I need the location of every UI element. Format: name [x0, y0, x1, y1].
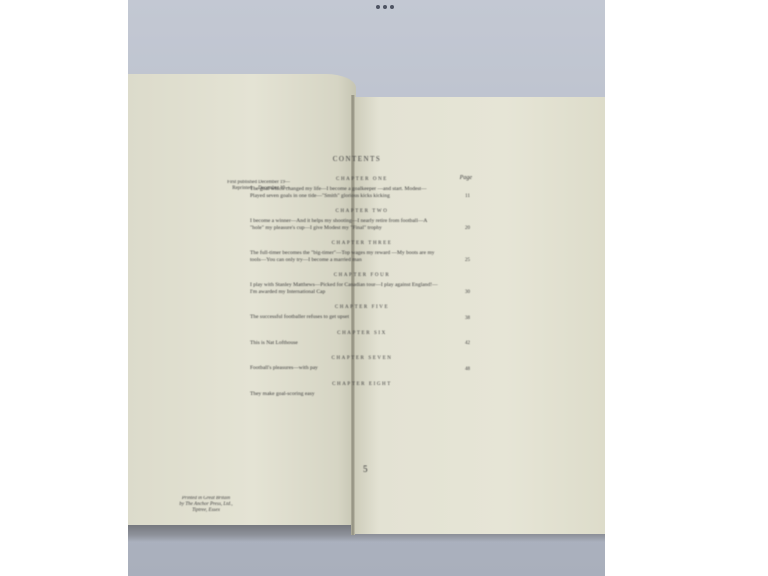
chapter-page-number: 20 [465, 226, 470, 231]
chapter-heading: CHAPTER FIVE [248, 305, 476, 310]
chapter-heading: CHAPTER THREE [248, 241, 476, 246]
chapter-page-number: 48 [465, 367, 470, 372]
page-number: 5 [363, 464, 368, 474]
chapter-entry: CHAPTER ONE Page The goal which changed … [248, 177, 476, 199]
chapter-description: This is Nat Lofthouse [248, 340, 438, 347]
chapter-page-number: 42 [465, 341, 470, 346]
chapter-entry: CHAPTER TWO I become a winner—And it hel… [248, 209, 476, 231]
printer-notice: Printed in Great Britain by The Anchor P… [166, 496, 246, 514]
carousel-dot[interactable] [376, 5, 380, 9]
contents-list: CONTENTS CHAPTER ONE Page The goal which… [248, 155, 476, 407]
chapter-description: The goal which changed my life—I become … [248, 186, 438, 199]
chapter-page-number: 25 [465, 258, 470, 263]
printer-line: Tiptree, Essex [166, 508, 246, 514]
chapter-heading: CHAPTER SEVEN [248, 356, 476, 361]
chapter-heading: CHAPTER TWO [248, 209, 476, 214]
chapter-entry: CHAPTER FOUR I play with Stanley Matthew… [248, 273, 476, 295]
chapter-entry: CHAPTER SIX This is Nat Lofthouse 42 [248, 331, 476, 347]
chapter-entry: CHAPTER EIGHT They make goal-scoring eas… [248, 382, 476, 398]
chapter-description: I become a winner—And it helps my shooti… [248, 218, 438, 231]
chapter-heading: CHAPTER EIGHT [248, 382, 476, 387]
chapter-page-number: 30 [465, 290, 470, 295]
chapter-entry: CHAPTER FIVE The successful footballer r… [248, 305, 476, 321]
chapter-description: I play with Stanley Matthews—Picked for … [248, 282, 438, 295]
chapter-entry: CHAPTER SEVEN Football's pleasures—with … [248, 356, 476, 372]
chapter-description: The full-timer becomes the "big-timer"—T… [248, 250, 438, 263]
carousel-dot[interactable] [390, 5, 394, 9]
chapter-description: They make goal-scoring easy [248, 391, 438, 398]
carousel-indicator[interactable] [376, 5, 394, 9]
chapter-description: Football's pleasures—with pay [248, 365, 438, 372]
chapter-page-number: 38 [465, 316, 470, 321]
chapter-description: The successful footballer refuses to get… [248, 314, 438, 321]
contents-title: CONTENTS [238, 155, 476, 163]
chapter-heading: CHAPTER SIX [248, 331, 476, 336]
chapter-heading: CHAPTER ONE [248, 177, 476, 182]
chapter-entry: CHAPTER THREE The full-timer becomes the… [248, 241, 476, 263]
chapter-heading: CHAPTER FOUR [248, 273, 476, 278]
page-column-label: Page [460, 175, 472, 181]
carousel-dot[interactable] [383, 5, 387, 9]
chapter-page-number: 11 [465, 194, 470, 199]
